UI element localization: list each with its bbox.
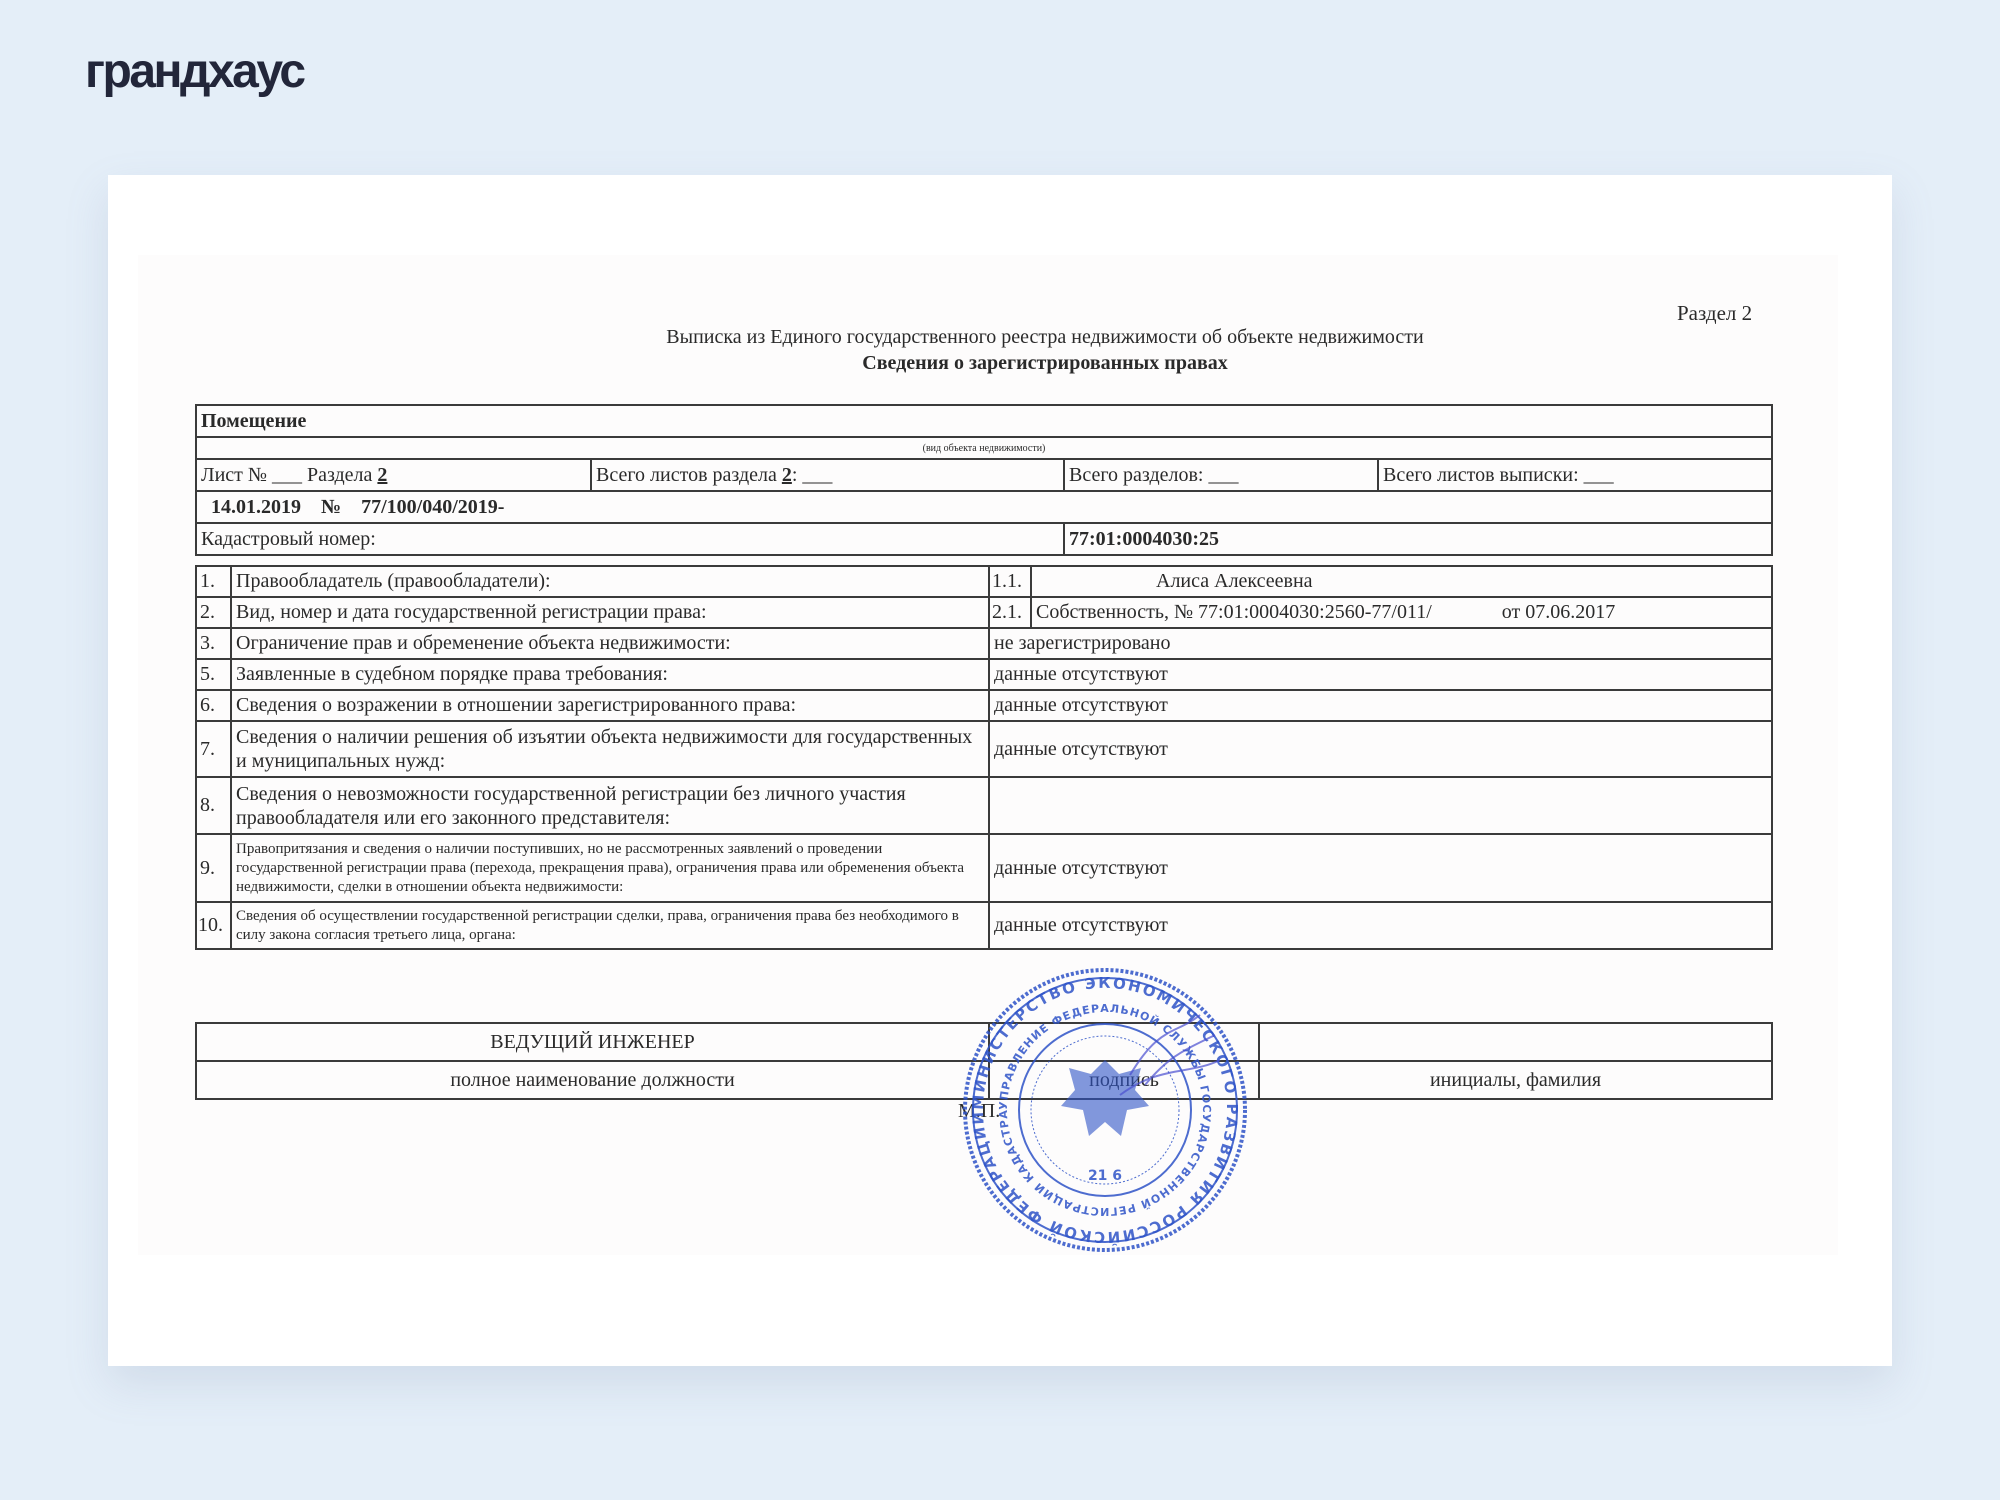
table-row: 2. Вид, номер и дата государственной рег… <box>196 597 1772 628</box>
table-row: 7. Сведения о наличии решения об изъятии… <box>196 721 1772 777</box>
registration-date-number: 14.01.2019 № 77/100/040/2019- <box>196 491 1772 523</box>
cadastral-label: Кадастровый номер: <box>196 523 1064 555</box>
object-type-caption: (вид объекта недвижимости) <box>196 437 1772 459</box>
svg-text:21 6: 21 6 <box>1088 1168 1122 1184</box>
total-sheets-cell: Всего листов раздела 2: ___ <box>591 459 1064 491</box>
document-subtitle: Сведения о зарегистрированных правах <box>108 352 1892 375</box>
sheet-number-cell: Лист № ___ Раздела 2 <box>196 459 591 491</box>
total-extract-sheets-cell: Всего листов выписки: ___ <box>1378 459 1772 491</box>
right-holder: Алиса Алексеевна <box>1031 566 1772 597</box>
table-row: 6. Сведения о возражении в отношении зар… <box>196 690 1772 721</box>
name-caption: инициалы, фамилия <box>1259 1061 1772 1099</box>
position-caption: полное наименование должности <box>196 1061 989 1099</box>
document-title: Выписка из Единого государственного реес… <box>108 326 1892 349</box>
table-row: 5. Заявленные в судебном порядке права т… <box>196 659 1772 690</box>
table-row: 10. Сведения об осуществлении государств… <box>196 902 1772 949</box>
object-type: Помещение <box>196 405 1772 437</box>
rights-table: 1. Правообладатель (правообладатели): 1.… <box>195 565 1773 950</box>
brand-logo: грандхаус <box>85 44 304 99</box>
total-sections-cell: Всего разделов: ___ <box>1064 459 1378 491</box>
table-row: 3. Ограничение прав и обременение объект… <box>196 628 1772 659</box>
header-table: Помещение (вид объекта недвижимости) Лис… <box>195 404 1773 556</box>
table-row: 1. Правообладатель (правообладатели): 1.… <box>196 566 1772 597</box>
section-label: Раздел 2 <box>1677 301 1752 326</box>
registration-record: Собственность, № 77:01:0004030:2560-77/0… <box>1031 597 1772 628</box>
position-title: ВЕДУЩИЙ ИНЖЕНЕР <box>196 1023 989 1061</box>
cadastral-value: 77:01:0004030:25 <box>1064 523 1772 555</box>
table-row: 9. Правопритязания и сведения о наличии … <box>196 834 1772 902</box>
name-field <box>1259 1023 1772 1061</box>
table-row: 8. Сведения о невозможности государствен… <box>196 777 1772 834</box>
official-stamp-icon: МИНИСТЕРСТВО ЭКОНОМИЧЕСКОГО РАЗВИТИЯ РОС… <box>960 965 1250 1255</box>
document-card: Раздел 2 Выписка из Единого государствен… <box>108 175 1892 1366</box>
